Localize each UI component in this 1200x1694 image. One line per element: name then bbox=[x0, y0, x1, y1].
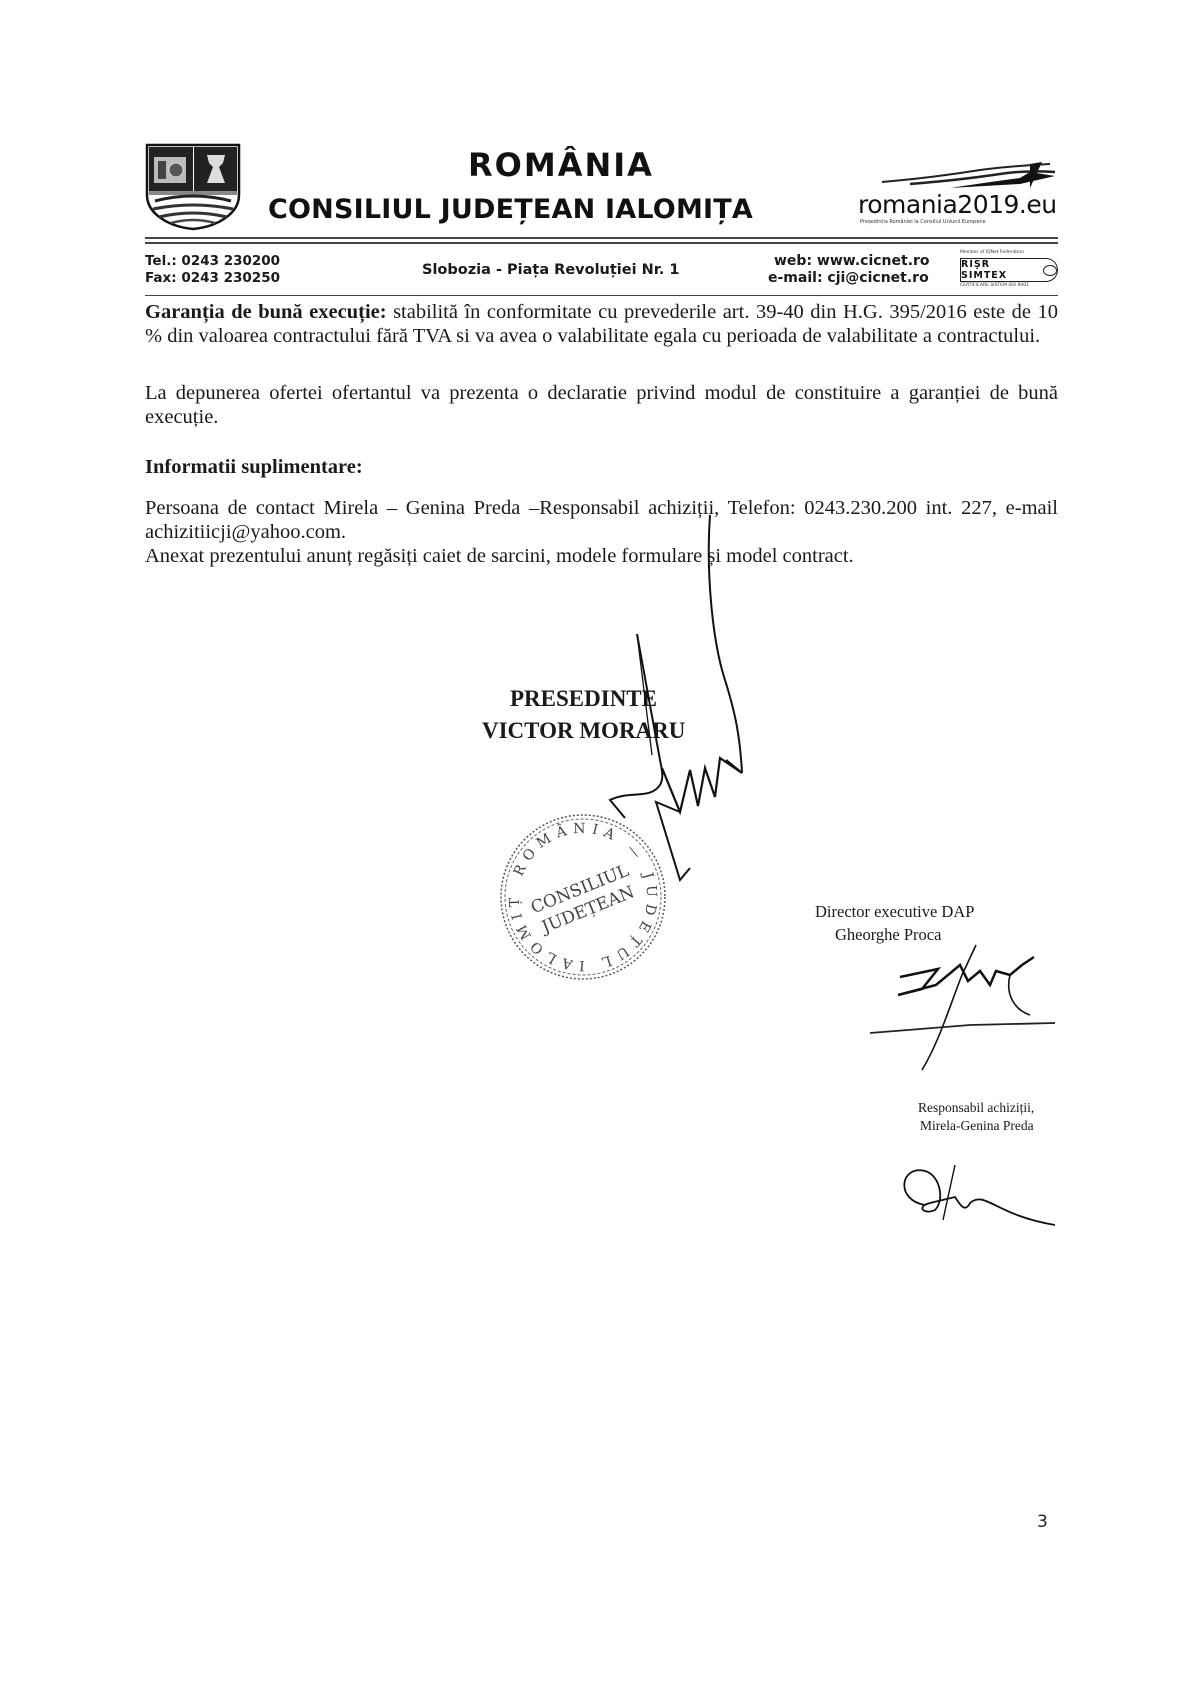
director-name: Gheorghe Proca bbox=[835, 925, 941, 945]
director-title: Director executive DAP bbox=[815, 902, 974, 922]
procurement-title: Responsabil achiziții, bbox=[918, 1100, 1034, 1116]
official-stamp-icon: ROMÂNIA — JUDEȚUL IALOMIȚA CONSILIUL JUD… bbox=[498, 812, 668, 982]
procurement-signature-icon bbox=[895, 1165, 1075, 1235]
procurement-name: Mirela-Genina Preda bbox=[920, 1118, 1034, 1134]
page-number: 3 bbox=[1037, 1512, 1048, 1532]
director-signature-icon bbox=[870, 945, 1090, 1075]
